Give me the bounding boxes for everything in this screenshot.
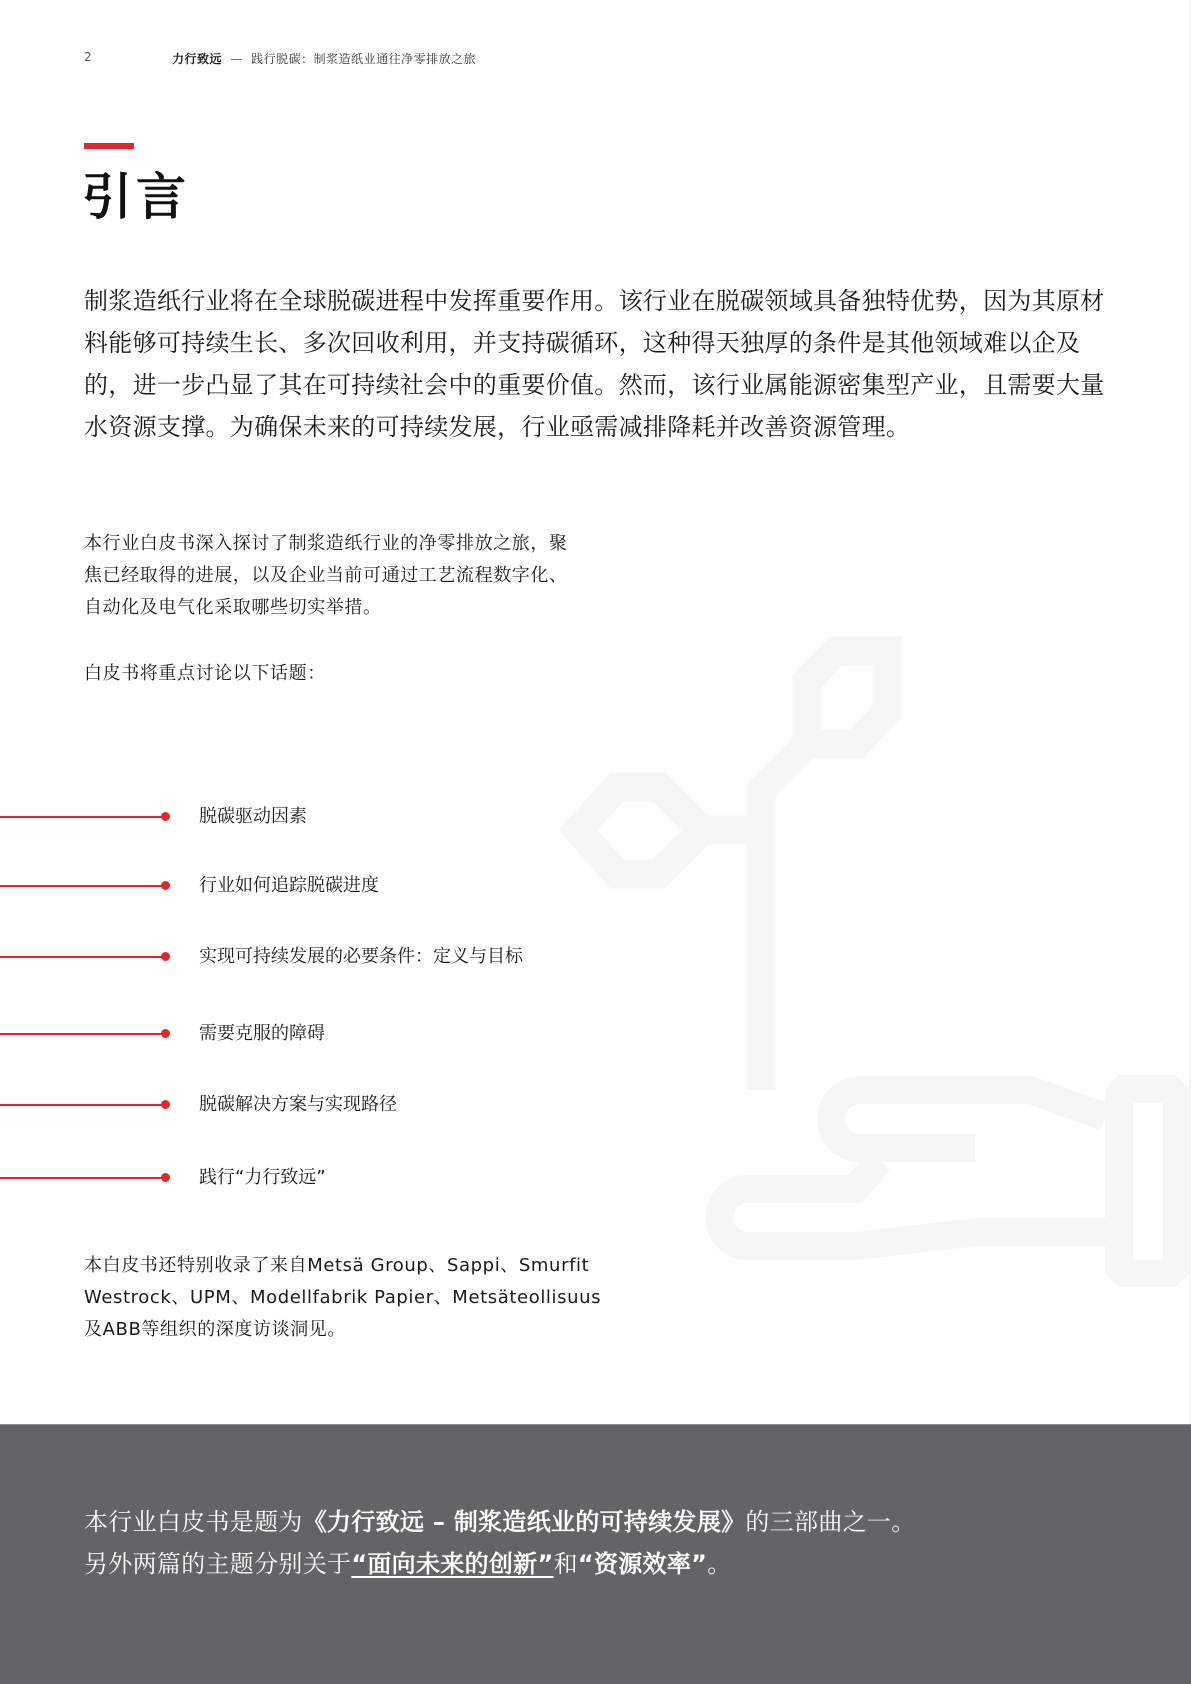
topics-intro: 白皮书将重点讨论以下话题： bbox=[84, 658, 584, 690]
topic-item: 需要克服的障碍 bbox=[0, 1022, 700, 1046]
topic-marker-line bbox=[0, 1104, 164, 1106]
topic-item: 实现可持续发展的必要条件：定义与目标 bbox=[0, 945, 700, 969]
trilogy-note: 本行业白皮书是题为《力行致远 – 制浆造纸业的可持续发展》的三部曲之一。 另外两… bbox=[84, 1501, 1134, 1585]
future-innovation-link[interactable]: “面向未来的创新” bbox=[351, 1550, 553, 1578]
other-papers-prefix: 另外两篇的主题分别关于 bbox=[84, 1550, 351, 1578]
lead-paragraph: 制浆造纸行业将在全球脱碳进程中发挥重要作用。该行业在脱碳领域具备独特优势，因为其… bbox=[84, 280, 1114, 448]
series-title: 《力行致远 – 制浆造纸业的可持续发展》 bbox=[303, 1508, 746, 1536]
topic-label: 践行“力行致远” bbox=[199, 1166, 326, 1190]
topic-marker-dot-icon bbox=[161, 1100, 170, 1109]
topic-marker-dot-icon bbox=[161, 1173, 170, 1182]
intro-paragraph: 本行业白皮书深入探讨了制浆造纸行业的净零排放之旅，聚焦已经取得的进展，以及企业当… bbox=[84, 528, 584, 624]
trilogy-note-band: 本行业白皮书是题为《力行致远 – 制浆造纸业的可持续发展》的三部曲之一。 另外两… bbox=[0, 1424, 1191, 1684]
topic-label: 行业如何追踪脱碳进度 bbox=[199, 874, 379, 898]
page-title: 引言 bbox=[82, 172, 190, 222]
other-papers-conjunction: 和 bbox=[554, 1550, 578, 1578]
topic-label: 脱碳解决方案与实现路径 bbox=[199, 1093, 397, 1117]
running-title-subtitle: 践行脱碳：制浆造纸业通往净零排放之旅 bbox=[251, 52, 476, 66]
topic-label: 脱碳驱动因素 bbox=[199, 805, 307, 829]
title-accent-bar bbox=[84, 143, 134, 149]
topic-label: 实现可持续发展的必要条件：定义与目标 bbox=[199, 945, 523, 969]
trilogy-note-suffix: 的三部曲之一。 bbox=[745, 1508, 915, 1536]
running-title-brand: 力行致远 bbox=[172, 52, 222, 66]
resource-efficiency-title[interactable]: “资源效率” bbox=[578, 1550, 707, 1578]
topic-marker-line bbox=[0, 956, 164, 958]
topic-marker-dot-icon bbox=[161, 952, 170, 961]
topic-marker-line bbox=[0, 816, 164, 818]
page-number: 2 bbox=[84, 50, 92, 64]
organizations-paragraph: 本白皮书还特别收录了来自Metsä Group、Sappi、Smurfit We… bbox=[84, 1250, 604, 1346]
topic-marker-line bbox=[0, 1177, 164, 1179]
trilogy-note-prefix: 本行业白皮书是题为 bbox=[84, 1508, 303, 1536]
topic-marker-dot-icon bbox=[161, 812, 170, 821]
other-papers-suffix: 。 bbox=[707, 1550, 731, 1578]
topic-item: 脱碳解决方案与实现路径 bbox=[0, 1093, 700, 1117]
topic-item: 践行“力行致远” bbox=[0, 1166, 700, 1190]
running-title-dash: — bbox=[230, 52, 243, 66]
topic-marker-dot-icon bbox=[161, 1029, 170, 1038]
topic-marker-line bbox=[0, 885, 164, 887]
topic-item: 脱碳驱动因素 bbox=[0, 805, 700, 829]
topic-marker-dot-icon bbox=[161, 881, 170, 890]
running-title: 力行致远 — 践行脱碳：制浆造纸业通往净零排放之旅 bbox=[172, 50, 476, 67]
page-header: 2 力行致远 — 践行脱碳：制浆造纸业通往净零排放之旅 bbox=[84, 50, 784, 70]
topic-marker-line bbox=[0, 1033, 164, 1035]
topic-item: 行业如何追踪脱碳进度 bbox=[0, 874, 700, 898]
topic-label: 需要克服的障碍 bbox=[199, 1022, 325, 1046]
